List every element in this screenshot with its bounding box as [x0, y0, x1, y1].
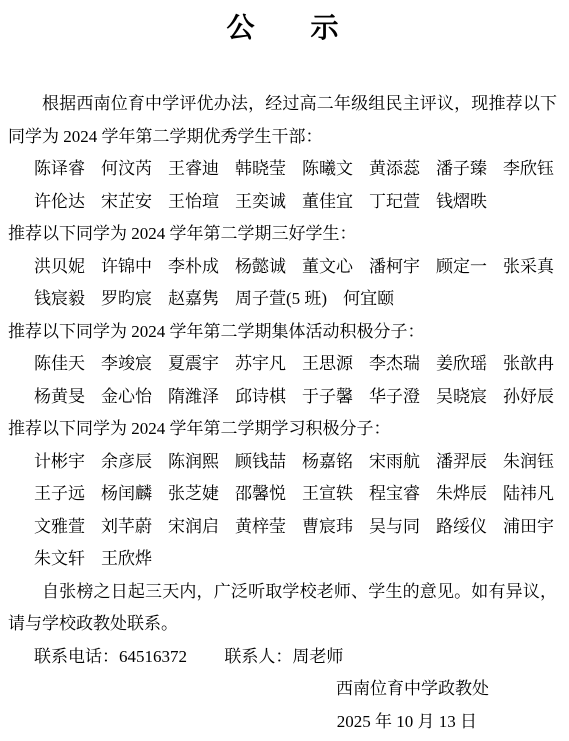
student-row: 陈佳天李竣宸夏震宇苏宇凡王思源李杰瑞姜欣瑶张歆冉 — [8, 348, 557, 381]
student-name: 苏宇凡 — [235, 348, 286, 381]
student-name: 董佳宜 — [302, 186, 353, 219]
student-name: 陈佳天 — [34, 348, 85, 381]
student-name: 罗昀宸 — [101, 283, 152, 316]
student-name: 丁玘萱 — [369, 186, 420, 219]
student-name: 钱熠昳 — [436, 186, 487, 219]
signature-department: 西南位育中学政教处 — [8, 673, 557, 706]
intro-paragraph: 根据西南位育中学评优办法，经过高二年级组民主评议，现推荐以下同学为 2024 学… — [8, 88, 557, 153]
student-name: 王思源 — [302, 348, 353, 381]
student-name: 余彦辰 — [101, 446, 152, 479]
student-name: 宋雨航 — [369, 446, 420, 479]
section-heading: 推荐以下同学为 2024 学年第二学期集体活动积极分子： — [8, 316, 557, 349]
student-row: 钱宸毅罗昀宸赵嘉隽周子萱(5 班)何宜颐 — [8, 283, 557, 316]
student-name: 于子馨 — [302, 381, 353, 414]
student-name: 刘芊蔚 — [101, 511, 152, 544]
student-row: 杨黄旻金心怡隋潍泽邱诗棋于子馨华子澄吴晓宸孙妤辰 — [8, 381, 557, 414]
student-name: 陆祎凡 — [503, 478, 554, 511]
student-name: 计彬宇 — [34, 446, 85, 479]
student-name: 王宣轶 — [302, 478, 353, 511]
student-name: 朱润钰 — [503, 446, 554, 479]
signature-date: 2025 年 10 月 13 日 — [8, 706, 557, 739]
student-name: 王奕诚 — [235, 186, 286, 219]
student-name: 金心怡 — [101, 381, 152, 414]
notice-document: 公 示 根据西南位育中学评优办法，经过高二年级组民主评议，现推荐以下同学为 20… — [0, 0, 569, 741]
student-name: 文雅萱 — [34, 511, 85, 544]
section-heading: 推荐以下同学为 2024 学年第二学期学习积极分子： — [8, 413, 557, 446]
student-name: 杨懿诚 — [235, 251, 286, 284]
student-name: 程宝睿 — [369, 478, 420, 511]
student-name: 王子远 — [34, 478, 85, 511]
student-name: 顾钱喆 — [235, 446, 286, 479]
contact-phone-label: 联系电话： — [34, 647, 119, 666]
student-name: 宋润启 — [168, 511, 219, 544]
student-name: 潘子臻 — [436, 153, 487, 186]
student-name: 姜欣瑶 — [436, 348, 487, 381]
student-name: 王欣烨 — [101, 543, 152, 576]
contact-line: 联系电话：64516372联系人：周老师 — [8, 641, 557, 674]
student-name: 朱烨辰 — [436, 478, 487, 511]
student-name: 宋芷安 — [101, 186, 152, 219]
contact-person-label: 联系人： — [224, 647, 292, 666]
student-name: 潘羿辰 — [436, 446, 487, 479]
student-name: 陈润熙 — [168, 446, 219, 479]
student-name: 韩晓莹 — [235, 153, 286, 186]
student-name: 黄梓莹 — [235, 511, 286, 544]
closing-paragraph: 自张榜之日起三天内，广泛听取学校老师、学生的意见。如有异议，请与学校政教处联系。 — [8, 576, 557, 641]
student-name: 朱文轩 — [34, 543, 85, 576]
student-name: 杨黄旻 — [34, 381, 85, 414]
student-name: 李朴成 — [168, 251, 219, 284]
student-name: 潘柯宇 — [369, 251, 420, 284]
student-name: 邵馨悦 — [235, 478, 286, 511]
student-row: 陈译睿何汶芮王睿迪韩晓莹陈曦文黄添蕊潘子臻李欣钰 — [8, 153, 557, 186]
student-name: 曹宸玮 — [302, 511, 353, 544]
student-row: 计彬宇余彦辰陈润熙顾钱喆杨嘉铭宋雨航潘羿辰朱润钰 — [8, 446, 557, 479]
student-name: 吴晓宸 — [436, 381, 487, 414]
student-row: 洪贝妮许锦中李朴成杨懿诚董文心潘柯宇顾定一张采真 — [8, 251, 557, 284]
student-name: 路绥仪 — [436, 511, 487, 544]
student-name: 陈译睿 — [34, 153, 85, 186]
student-name: 李竣宸 — [101, 348, 152, 381]
student-name: 杨嘉铭 — [302, 446, 353, 479]
student-name: 杨闰麟 — [101, 478, 152, 511]
sections-container: 陈译睿何汶芮王睿迪韩晓莹陈曦文黄添蕊潘子臻李欣钰许伦达宋芷安王怡瑄王奕诚董佳宜丁… — [8, 153, 557, 576]
student-name: 陈曦文 — [302, 153, 353, 186]
student-name: 张芝婕 — [168, 478, 219, 511]
notice-title: 公 示 — [8, 6, 557, 52]
student-name: 孙妤辰 — [503, 381, 554, 414]
student-name: 周子萱(5 班) — [235, 283, 327, 316]
student-name: 许伦达 — [34, 186, 85, 219]
section-heading: 推荐以下同学为 2024 学年第二学期三好学生： — [8, 218, 557, 251]
student-name: 钱宸毅 — [34, 283, 85, 316]
student-name: 李欣钰 — [503, 153, 554, 186]
contact-phone-number: 64516372 — [119, 647, 187, 666]
student-name: 吴与同 — [369, 511, 420, 544]
student-name: 洪贝妮 — [34, 251, 85, 284]
student-row: 文雅萱刘芊蔚宋润启黄梓莹曹宸玮吴与同路绥仪浦田宇 — [8, 511, 557, 544]
contact-person-name: 周老师 — [292, 647, 343, 666]
student-name: 张采真 — [503, 251, 554, 284]
student-name: 黄添蕊 — [369, 153, 420, 186]
student-name: 顾定一 — [436, 251, 487, 284]
student-name: 华子澄 — [369, 381, 420, 414]
student-row: 许伦达宋芷安王怡瑄王奕诚董佳宜丁玘萱钱熠昳 — [8, 186, 557, 219]
student-name: 邱诗棋 — [235, 381, 286, 414]
student-name: 何宜颐 — [343, 283, 394, 316]
student-name: 夏震宇 — [168, 348, 219, 381]
student-row: 王子远杨闰麟张芝婕邵馨悦王宣轶程宝睿朱烨辰陆祎凡 — [8, 478, 557, 511]
student-name: 张歆冉 — [503, 348, 554, 381]
student-name: 王怡瑄 — [168, 186, 219, 219]
student-name: 隋潍泽 — [168, 381, 219, 414]
student-name: 许锦中 — [101, 251, 152, 284]
student-name: 董文心 — [302, 251, 353, 284]
student-name: 王睿迪 — [168, 153, 219, 186]
student-row: 朱文轩王欣烨 — [8, 543, 557, 576]
student-name: 赵嘉隽 — [168, 283, 219, 316]
student-name: 何汶芮 — [101, 153, 152, 186]
student-name: 浦田宇 — [503, 511, 554, 544]
student-name: 李杰瑞 — [369, 348, 420, 381]
